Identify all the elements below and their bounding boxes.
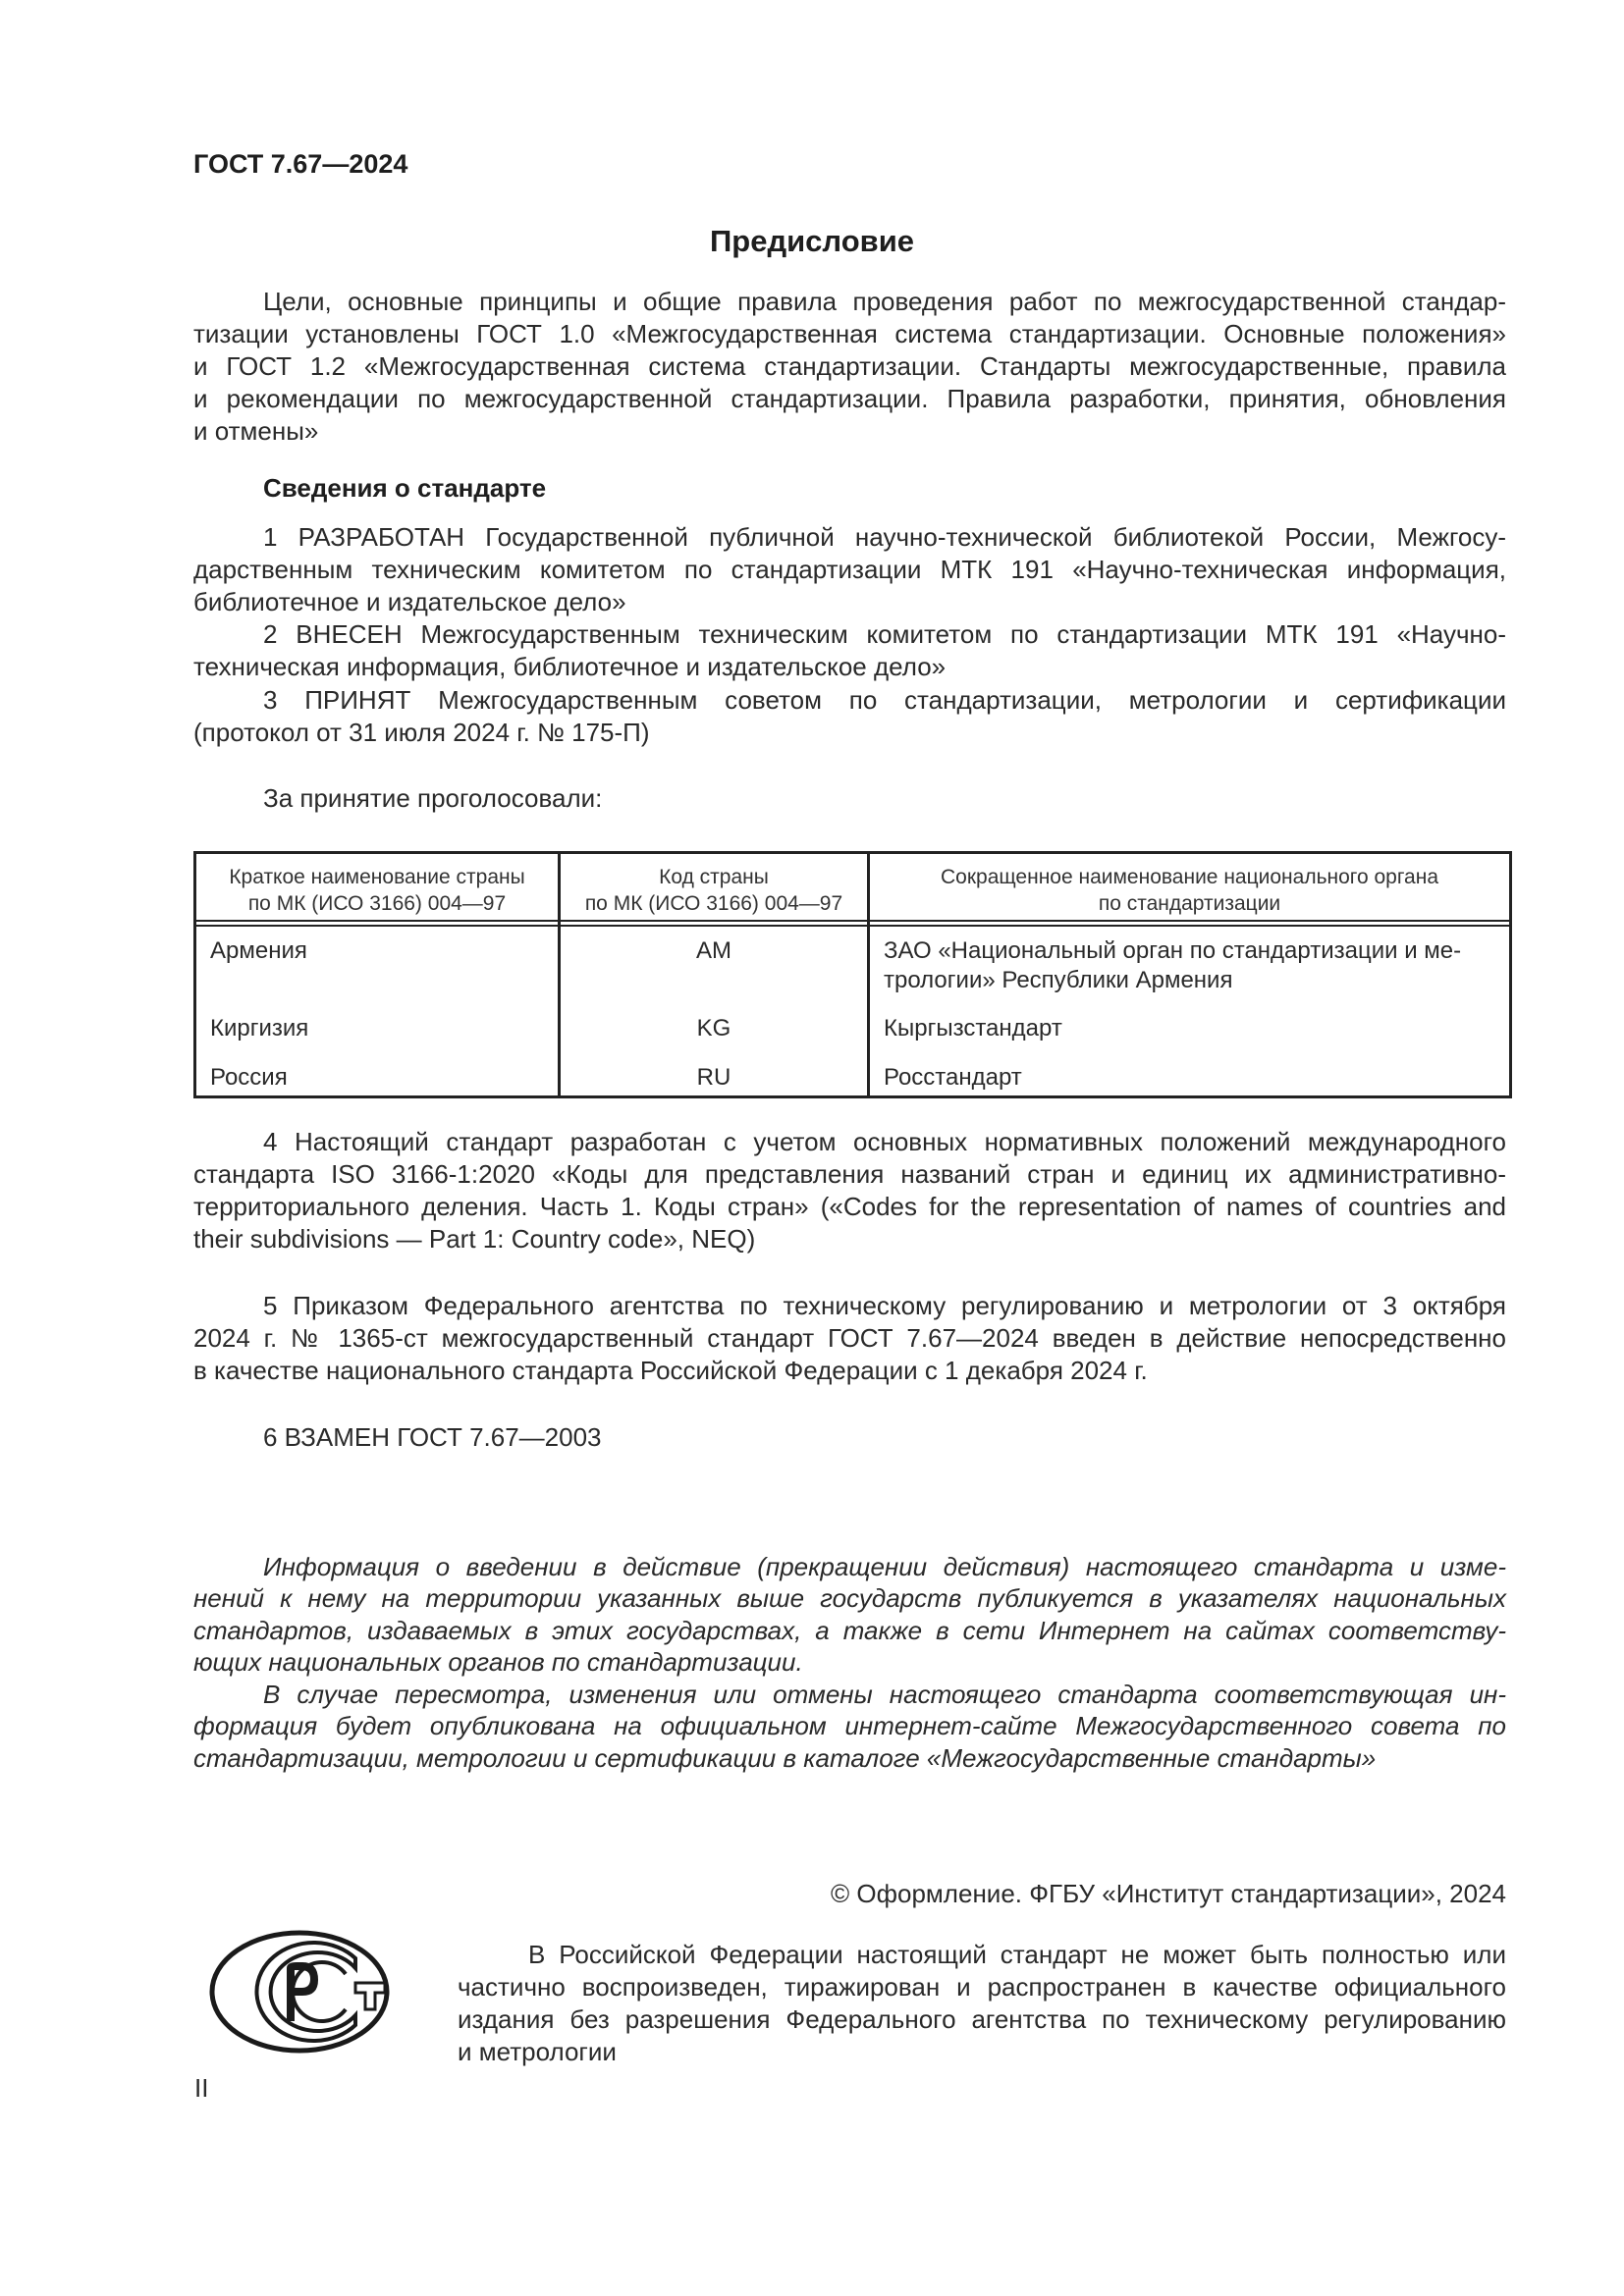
text-line: в качестве национального стандарта Росси… — [193, 1355, 1506, 1386]
voted-label: За принятие проголосовали: — [263, 782, 1506, 814]
text-line: ющих национальных органов по стандартиза… — [193, 1646, 1506, 1678]
text-line: their subdivisions — Part 1: Country cod… — [193, 1223, 1506, 1255]
copyright-notice: © Оформление. ФГБУ «Институт стандартиза… — [193, 1878, 1506, 1909]
header-line: Краткое наименование страны — [196, 864, 558, 890]
text-line: стандартизации, метрологии и сертификаци… — [193, 1742, 1506, 1774]
cell-country: Киргизия — [210, 1014, 308, 1043]
text-line: территориального деления. Часть 1. Коды … — [193, 1191, 1506, 1222]
cell-code: AM — [561, 936, 867, 966]
header-line: по МК (ИСО 3166) 004—97 — [196, 890, 558, 917]
text-line: нений к нему на территории указанных выш… — [193, 1582, 1506, 1614]
text-line: 4 Настоящий стандарт разработан с учетом… — [263, 1126, 1506, 1157]
section-heading: Сведения о стандарте — [263, 473, 546, 504]
header-divider — [196, 920, 1509, 922]
document-code: ГОСТ 7.67—2024 — [193, 149, 407, 180]
cell-body: Росстандарт — [884, 1063, 1022, 1093]
header-line: по стандартизации — [870, 890, 1509, 917]
cell-country: Россия — [210, 1063, 288, 1093]
cell-code: KG — [561, 1014, 867, 1043]
column-header-body: Сокращенное наименование национального о… — [870, 864, 1509, 917]
text-line: 2024 г. № 1365-ст межгосударственный ста… — [193, 1322, 1506, 1354]
text-line: Цели, основные принципы и общие правила … — [263, 286, 1506, 317]
page-number: II — [194, 2073, 208, 2104]
info-item-6: 6 ВЗАМЕН ГОСТ 7.67—2003 — [263, 1421, 1506, 1453]
cell-body: ЗАО «Национальный орган по стандартизаци… — [884, 936, 1461, 995]
header-line: Сокращенное наименование национального о… — [870, 864, 1509, 890]
cell-body: Кыргызстандарт — [884, 1014, 1062, 1043]
text-line: издания без разрешения Федерального аген… — [458, 2003, 1506, 2035]
text-line: и ГОСТ 1.2 «Межгосударственная система с… — [193, 350, 1506, 382]
page-title: Предисловие — [0, 224, 1624, 259]
cell-country: Армения — [210, 936, 307, 966]
text-line: 3 ПРИНЯТ Межгосударственным советом по с… — [263, 684, 1506, 716]
cell-line: ЗАО «Национальный орган по стандартизаци… — [884, 936, 1461, 966]
text-line: тизации установлены ГОСТ 1.0 «Межгосудар… — [193, 318, 1506, 349]
text-line: техническая информация, библиотечное и и… — [193, 651, 1506, 682]
column-header-country: Краткое наименование страны по МК (ИСО 3… — [196, 864, 558, 917]
text-line: и отмены» — [193, 415, 1506, 447]
cell-code: RU — [561, 1063, 867, 1093]
text-line: стандартов, издаваемых в этих государств… — [193, 1615, 1506, 1646]
text-line: 2 ВНЕСЕН Межгосударственным техническим … — [263, 618, 1506, 650]
text-line: библиотечное и издательское дело» — [193, 586, 1506, 617]
text-line: формация будет опубликована на официальн… — [193, 1710, 1506, 1741]
text-line: (протокол от 31 июля 2024 г. № 175-П) — [193, 717, 1506, 748]
text-line: 1 РАЗРАБОТАН Государственной публичной н… — [263, 521, 1506, 553]
text-line: и рекомендации по межгосударственной ста… — [193, 383, 1506, 414]
column-header-code: Код страны по МК (ИСО 3166) 004—97 — [561, 864, 867, 917]
text-line: 5 Приказом Федерального агентства по тех… — [263, 1290, 1506, 1321]
text-line: В Российской Федерации настоящий стандар… — [528, 1939, 1506, 1970]
text-line: частично воспроизведен, тиражирован и ра… — [458, 1971, 1506, 2002]
header-line: по МК (ИСО 3166) 004—97 — [561, 890, 867, 917]
text-line: стандарта ISO 3166-1:2020 «Коды для пред… — [193, 1158, 1506, 1190]
text-line: дарственным техническим комитетом по ста… — [193, 554, 1506, 585]
pct-logo-icon — [208, 1929, 391, 2055]
cell-line: трологии» Республики Армения — [884, 966, 1461, 995]
header-line: Код страны — [561, 864, 867, 890]
text-line: и метрологии — [458, 2036, 1506, 2067]
voting-countries-table: Краткое наименование страны по МК (ИСО 3… — [193, 851, 1512, 1098]
header-divider — [196, 925, 1509, 927]
text-line: В случае пересмотра, изменения или отмен… — [263, 1679, 1506, 1710]
text-line: Информация о введении в действие (прекра… — [263, 1551, 1506, 1582]
